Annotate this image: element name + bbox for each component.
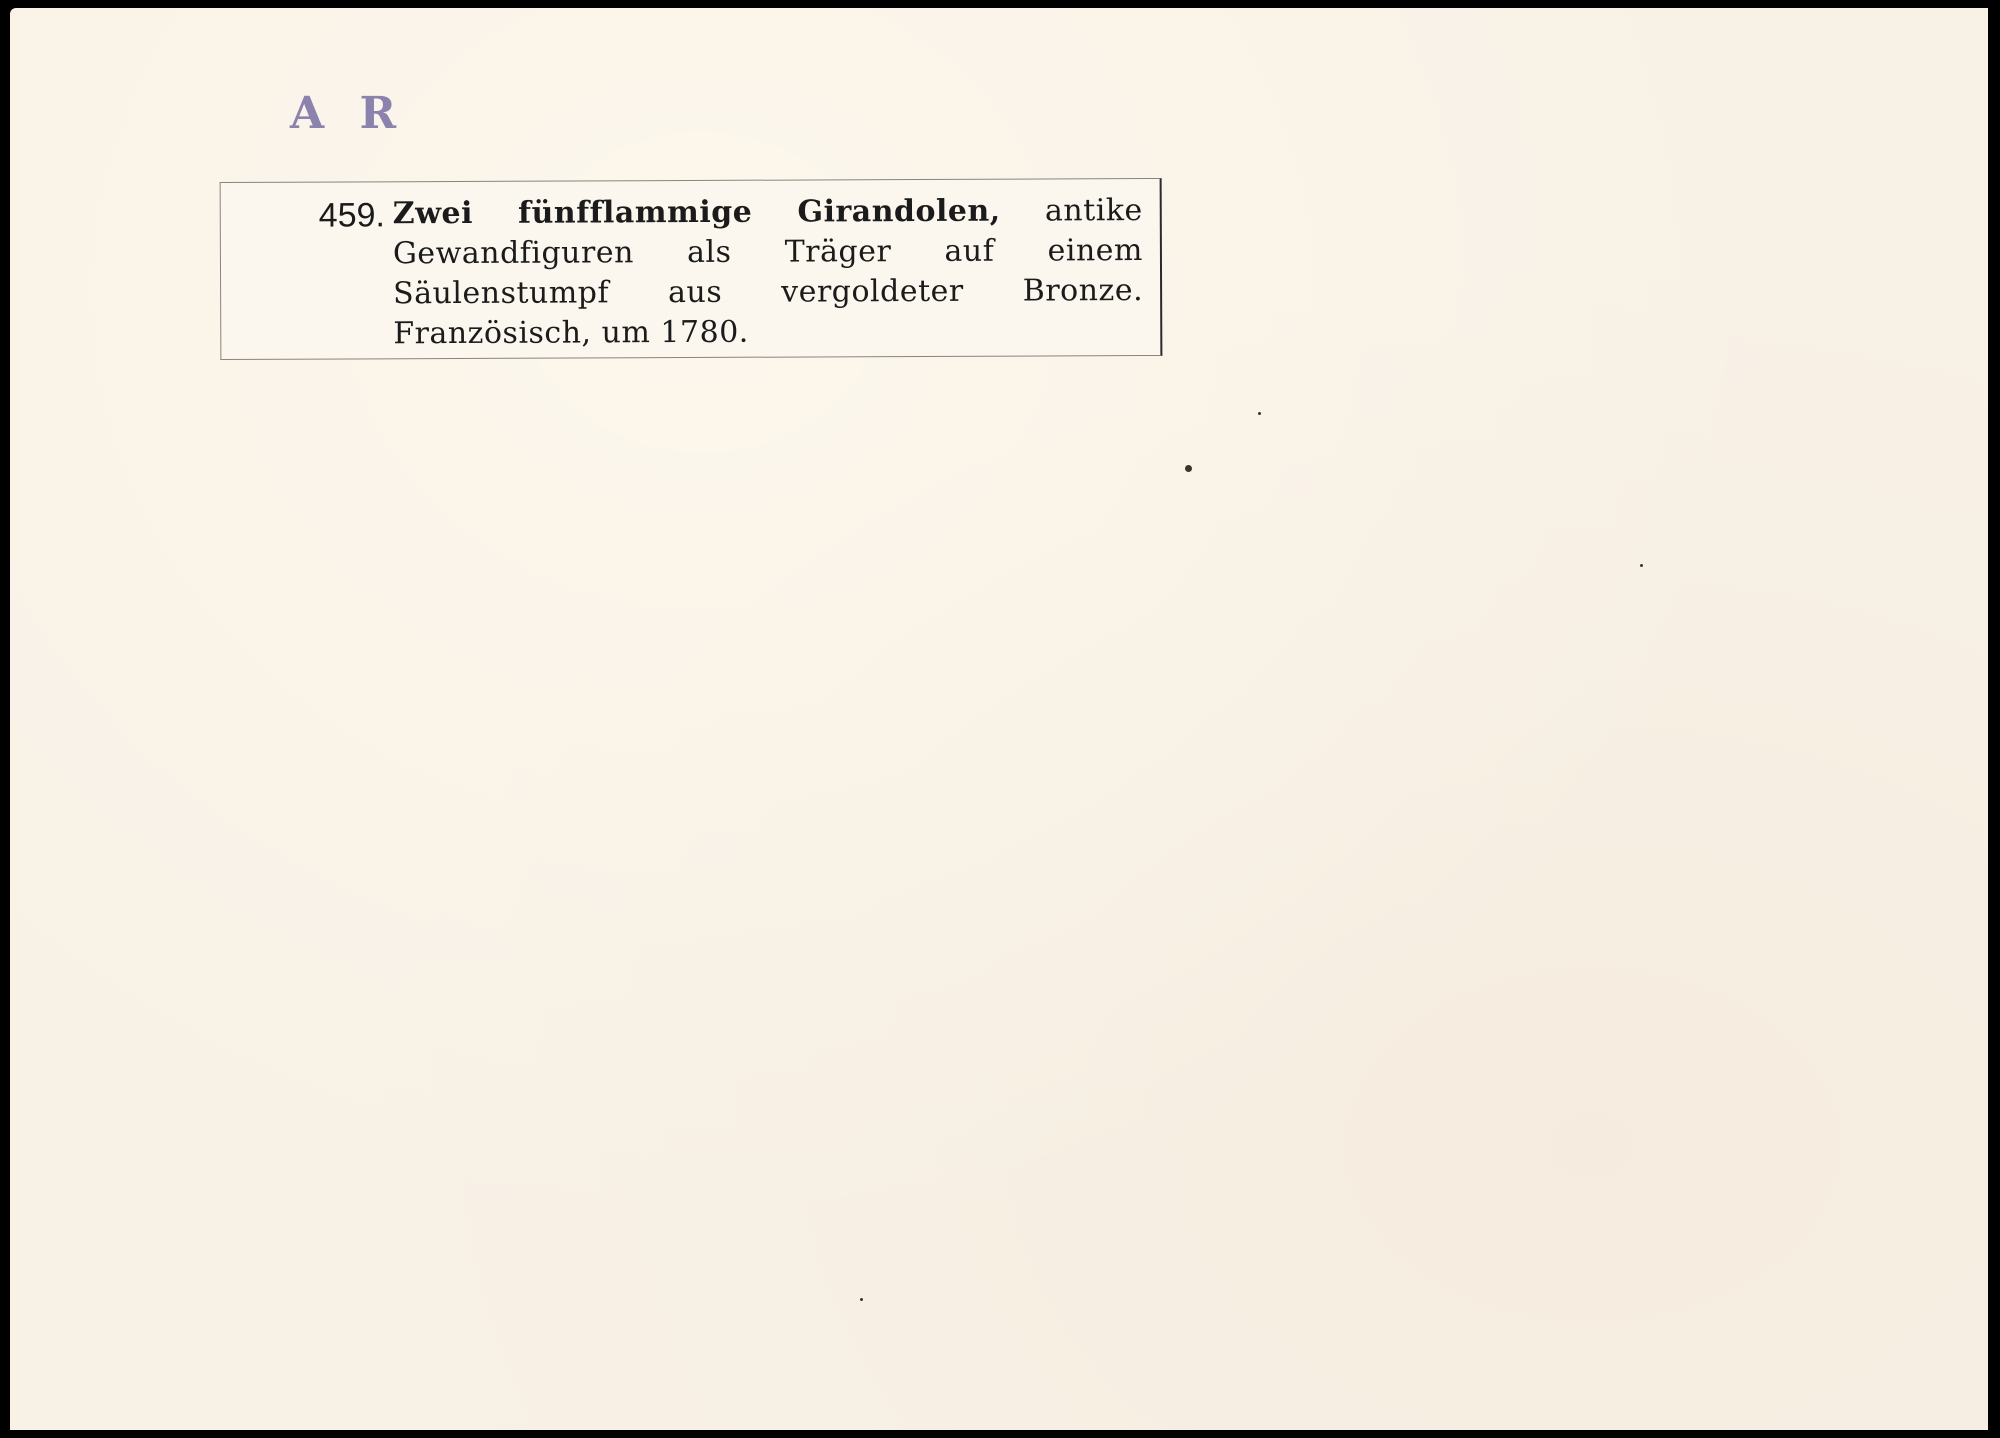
catalog-number: 459.: [319, 196, 385, 235]
catalog-label: 459. Zwei fünfflammige Girandolen, antik…: [220, 178, 1163, 360]
paper-speck: [1185, 465, 1192, 472]
paper-speck: [1640, 564, 1643, 567]
catalog-title: Zwei fünfflammige Girandolen,: [393, 194, 1001, 232]
collector-stamp: A R: [290, 88, 406, 139]
paper-speck: [860, 1298, 863, 1301]
archival-card: A R 459. Zwei fünfflammige Girandolen, a…: [10, 8, 1988, 1430]
catalog-description: Zwei fünfflammige Girandolen, antike Gew…: [393, 191, 1144, 354]
paper-speck: [1258, 412, 1261, 415]
